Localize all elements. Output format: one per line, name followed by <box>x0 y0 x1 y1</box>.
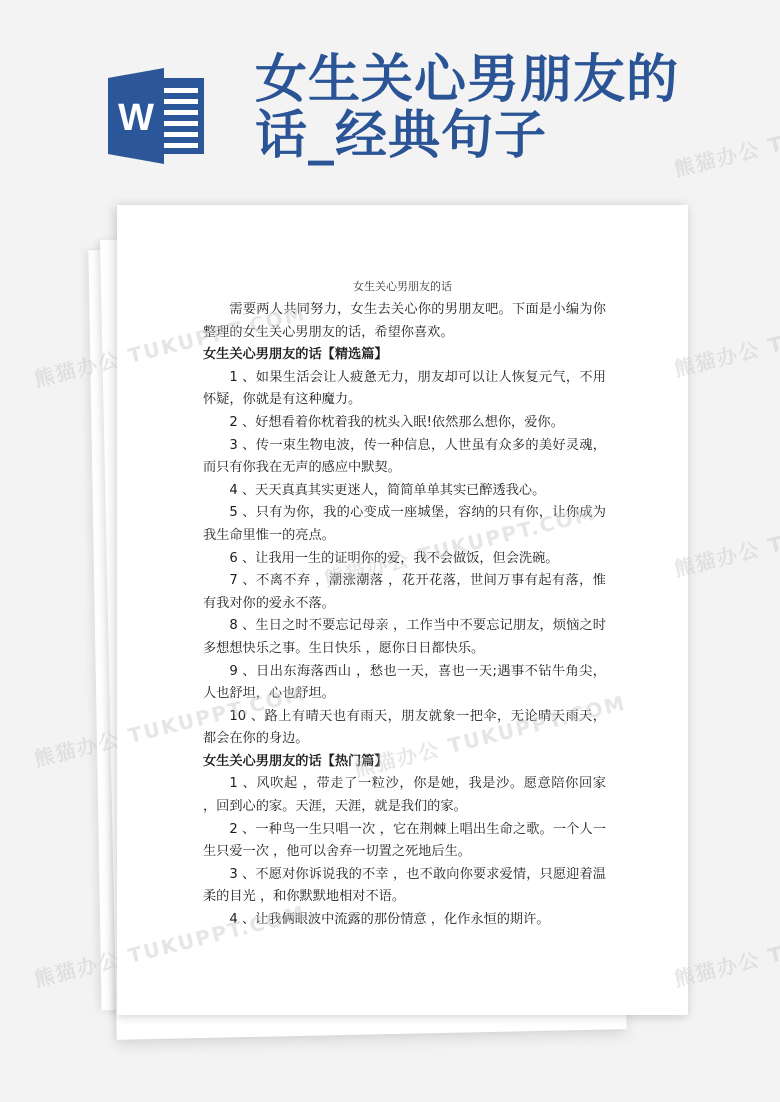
list-item: 1 、风吹起 ，带走了一粒沙，你是她，我是沙。愿意陪你回家 ，回到心的家。天涯，… <box>203 773 606 818</box>
list-item: 3 、不愿对你诉说我的不幸 ，也不敢向你要求爱情，只愿迎着温柔的目光 ，和你默默… <box>203 864 606 909</box>
list-item: 9 、日出东海落西山 ，愁也一天，喜也一天;遇事不钻牛角尖，人也舒坦，心也舒坦。 <box>203 661 606 706</box>
list-item: 8 、生日之时不要忘记母亲 ，工作当中不要忘记朋友，烦恼之时多想想快乐之事。生日… <box>203 615 606 660</box>
section-heading: 女生关心男朋友的话【热门篇】 <box>203 751 606 774</box>
section-heading: 女生关心男朋友的话【精选篇】 <box>203 344 606 367</box>
list-item: 5 、只有为你，我的心变成一座城堡，容纳的只有你，让你成为我生命里惟一的亮点。 <box>203 502 606 547</box>
list-item: 6 、让我用一生的证明你的爱，我不会做饭，但会洗碗。 <box>203 548 606 571</box>
intro-paragraph: 需要两人共同努力，女生去关心你的男朋友吧。下面是小编为你整理的女生关心男朋友的话… <box>203 299 606 344</box>
list-item: 4 、天天真真其实更迷人，简简单单其实已醉透我心。 <box>203 480 606 503</box>
page-title: 女生关心男朋友的 话_经典句子 <box>255 52 755 164</box>
svg-text:W: W <box>118 97 154 139</box>
list-item: 2 、一种鸟一生只唱一次 ，它在荆棘上唱出生命之歌。一个人一生只爱一次 ，他可以… <box>203 819 606 864</box>
title-line-1: 女生关心男朋友的 <box>255 52 755 108</box>
list-item: 1 、如果生活会让人疲惫无力，朋友却可以让人恢复元气，不用怀疑，你就是有这种魔力… <box>203 367 606 412</box>
document-heading: 女生关心男朋友的话 <box>117 278 688 294</box>
preview-header: W 女生关心男朋友的 话_经典句子 <box>0 0 780 190</box>
list-item: 4 、让我俩眼波中流露的那份情意 ，化作永恒的期许。 <box>203 909 606 932</box>
title-line-2: 话_经典句子 <box>255 108 755 164</box>
document-page: 女生关心男朋友的话 需要两人共同努力，女生去关心你的男朋友吧。下面是小编为你整理… <box>117 205 688 1015</box>
list-item: 3 、传一束生物电波，传一种信息，人世虽有众多的美好灵魂，而只有你我在无声的感应… <box>203 435 606 480</box>
list-item: 2 、好想看着你枕着我的枕头入眠!依然那么想你，爱你。 <box>203 412 606 435</box>
document-body: 需要两人共同努力，女生去关心你的男朋友吧。下面是小编为你整理的女生关心男朋友的话… <box>203 299 606 932</box>
list-item: 7 、不离不弃 ，潮涨潮落 ，花开花落，世间万事有起有落，惟有我对你的爱永不落。 <box>203 570 606 615</box>
list-item: 10 、路上有晴天也有雨天，朋友就象一把伞，无论晴天雨天，都会在你的身边。 <box>203 706 606 751</box>
word-icon: W <box>108 68 208 164</box>
